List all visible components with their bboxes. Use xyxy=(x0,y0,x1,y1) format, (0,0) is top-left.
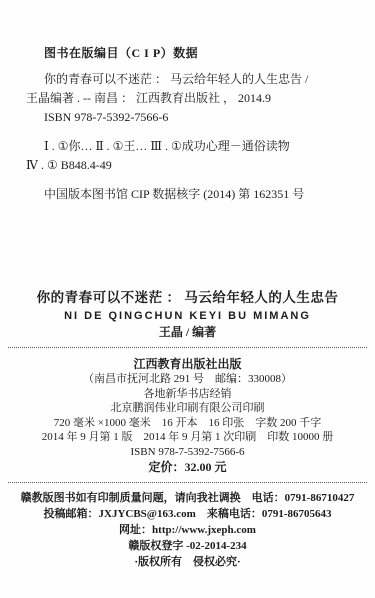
quality-notice-line: 赣教版图书如有印制质量问题，请向我社调换 电话：0791-86710427 xyxy=(0,490,375,506)
format-line: 720 毫米 ×1000 毫米 16 开本 16 印张 字数 200 千字 xyxy=(0,416,375,431)
book-author: 王晶 / 编著 xyxy=(0,324,375,340)
copyright-page: 图书在版编目（C I P）数据 你的青春可以不迷茫 ： 马云给年轻人的人生忠告 … xyxy=(0,0,375,598)
cip-isbn-line: ISBN 978-7-5392-7566-6 xyxy=(26,108,355,127)
book-title-pinyin: NI DE QINGCHUN KEYI BU MIMANG xyxy=(0,308,375,324)
printer-line: 北京鹏润伟业印刷有限公司印刷 xyxy=(0,401,375,416)
copyright-line: ·版权所有 侵权必究· xyxy=(0,554,375,570)
cip-classification-line-1: Ⅰ . ①你… Ⅱ . ①王… Ⅲ . ①成功心理－通俗读物 xyxy=(26,137,355,156)
dotted-divider-top xyxy=(8,347,367,348)
cip-block: 图书在版编目（C I P）数据 你的青春可以不迷茫 ： 马云给年轻人的人生忠告 … xyxy=(0,0,375,204)
publication-block: 江西教育出版社出版 （南昌市抚河北路 291 号 邮编：330008） 各地新华… xyxy=(0,356,375,475)
title-block: 你的青春可以不迷茫 ： 马云给年轻人的人生忠告 NI DE QINGCHUN K… xyxy=(0,288,375,340)
isbn-line: ISBN 978-7-5392-7566-6 xyxy=(0,445,375,460)
publisher-address-line: （南昌市抚河北路 291 号 邮编：330008） xyxy=(0,372,375,387)
cip-author-line: 王晶编著 . -- 南昌 ： 江西教育出版社 ， 2014.9 xyxy=(26,89,355,108)
cip-classification-line-2: Ⅳ . ① B848.4-49 xyxy=(26,156,355,175)
book-title: 你的青春可以不迷茫 ： 马云给年轻人的人生忠告 xyxy=(0,288,375,308)
edition-line: 2014 年 9 月第 1 版 2014 年 9 月第 1 次印刷 印数 100… xyxy=(0,430,375,445)
cip-registry-line: 中国版本图书馆 CIP 数据核字 (2014) 第 162351 号 xyxy=(26,185,355,204)
distribution-line: 各地新华书店经销 xyxy=(0,387,375,402)
registration-line: 赣版权登字 -02-2014-234 xyxy=(0,538,375,554)
publisher-line: 江西教育出版社出版 xyxy=(0,356,375,372)
cip-title-line: 你的青春可以不迷茫 ： 马云给年轻人的人生忠告 / xyxy=(26,70,355,89)
contact-block: 赣教版图书如有印制质量问题，请向我社调换 电话：0791-86710427 投稿… xyxy=(0,490,375,570)
dotted-divider-bottom xyxy=(8,482,367,483)
cip-heading: 图书在版编目（C I P）数据 xyxy=(26,44,355,63)
spacer xyxy=(26,175,355,185)
spacer xyxy=(26,127,355,137)
price-line: 定价：32.00 元 xyxy=(0,459,375,475)
website-line: 网址：http://www.jxeph.com xyxy=(0,522,375,538)
email-line: 投稿邮箱：JXJYCBS@163.com 来稿电话：0791-86705643 xyxy=(0,506,375,522)
